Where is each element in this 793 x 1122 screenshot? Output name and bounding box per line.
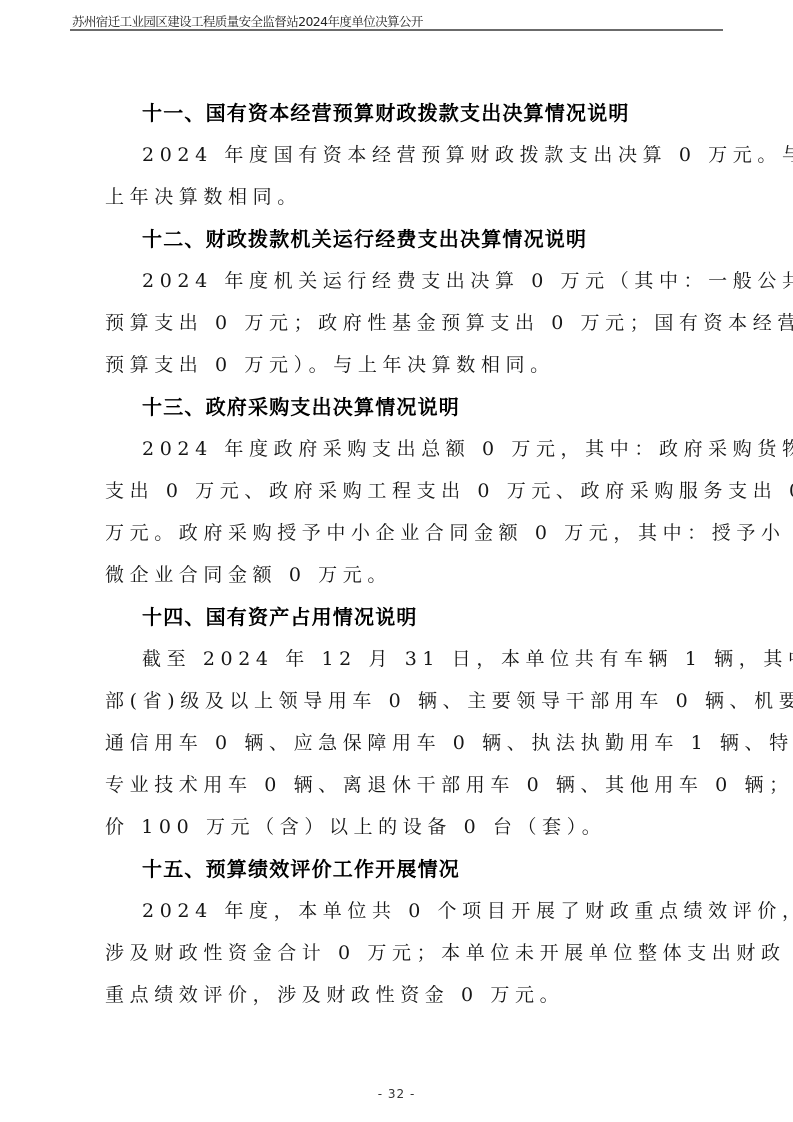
section-heading: 十二、财政拨款机关运行经费支出决算情况说明 xyxy=(105,218,697,260)
text-line: 截至 2024 年 12 月 31 日，本单位共有车辆 1 辆，其中：副 xyxy=(105,638,697,680)
text-line: 通信用车 0 辆、应急保障用车 0 辆、执法执勤用车 1 辆、特种 xyxy=(105,722,697,764)
section-heading: 十三、政府采购支出决算情况说明 xyxy=(105,386,697,428)
section-heading: 十五、预算绩效评价工作开展情况 xyxy=(105,848,697,890)
text-line: 预算支出 0 万元；政府性基金预算支出 0 万元；国有资本经营 xyxy=(105,302,697,344)
section-paragraph: 2024 年度政府采购支出总额 0 万元，其中：政府采购货物 支出 0 万元、政… xyxy=(105,428,697,596)
section-heading: 十四、国有资产占用情况说明 xyxy=(105,596,697,638)
text-line: 2024 年度政府采购支出总额 0 万元，其中：政府采购货物 xyxy=(105,428,697,470)
text-line: 重点绩效评价，涉及财政性资金 0 万元。 xyxy=(105,974,697,1016)
section-paragraph: 截至 2024 年 12 月 31 日，本单位共有车辆 1 辆，其中：副 部(省… xyxy=(105,638,697,848)
section-15: 十五、预算绩效评价工作开展情况 2024 年度，本单位共 0 个项目开展了财政重… xyxy=(105,848,697,1016)
section-paragraph: 2024 年度，本单位共 0 个项目开展了财政重点绩效评价， 涉及财政性资金合计… xyxy=(105,890,697,1016)
document-title: 苏州宿迁工业园区建设工程质量安全监督站2024年度单位决算公开 xyxy=(72,12,423,30)
document-body: 十一、国有资本经营预算财政拨款支出决算情况说明 2024 年度国有资本经营预算财… xyxy=(105,92,697,1016)
section-14: 十四、国有资产占用情况说明 截至 2024 年 12 月 31 日，本单位共有车… xyxy=(105,596,697,848)
section-paragraph: 2024 年度机关运行经费支出决算 0 万元（其中：一般公共 预算支出 0 万元… xyxy=(105,260,697,386)
text-line: 涉及财政性资金合计 0 万元；本单位未开展单位整体支出财政 xyxy=(105,932,697,974)
text-line: 微企业合同金额 0 万元。 xyxy=(105,554,697,596)
text-line: 部(省)级及以上领导用车 0 辆、主要领导干部用车 0 辆、机要 xyxy=(105,680,697,722)
text-line: 专业技术用车 0 辆、离退休干部用车 0 辆、其他用车 0 辆；单 xyxy=(105,764,697,806)
section-heading: 十一、国有资本经营预算财政拨款支出决算情况说明 xyxy=(105,92,697,134)
section-12: 十二、财政拨款机关运行经费支出决算情况说明 2024 年度机关运行经费支出决算 … xyxy=(105,218,697,386)
text-line: 支出 0 万元、政府采购工程支出 0 万元、政府采购服务支出 0 xyxy=(105,470,697,512)
text-line: 2024 年度机关运行经费支出决算 0 万元（其中：一般公共 xyxy=(105,260,697,302)
page-number: - 32 - xyxy=(0,1087,793,1101)
text-line: 2024 年度，本单位共 0 个项目开展了财政重点绩效评价， xyxy=(105,890,697,932)
text-line: 预算支出 0 万元）。与上年决算数相同。 xyxy=(105,344,697,386)
section-paragraph: 2024 年度国有资本经营预算财政拨款支出决算 0 万元。与 上年决算数相同。 xyxy=(105,134,697,218)
text-line: 上年决算数相同。 xyxy=(105,176,697,218)
text-line: 2024 年度国有资本经营预算财政拨款支出决算 0 万元。与 xyxy=(105,134,697,176)
section-13: 十三、政府采购支出决算情况说明 2024 年度政府采购支出总额 0 万元，其中：… xyxy=(105,386,697,596)
page-header: 苏州宿迁工业园区建设工程质量安全监督站2024年度单位决算公开 xyxy=(70,9,723,31)
text-line: 万元。政府采购授予中小企业合同金额 0 万元，其中：授予小 xyxy=(105,512,697,554)
text-line: 价 100 万元（含）以上的设备 0 台（套）。 xyxy=(105,806,697,848)
section-11: 十一、国有资本经营预算财政拨款支出决算情况说明 2024 年度国有资本经营预算财… xyxy=(105,92,697,218)
